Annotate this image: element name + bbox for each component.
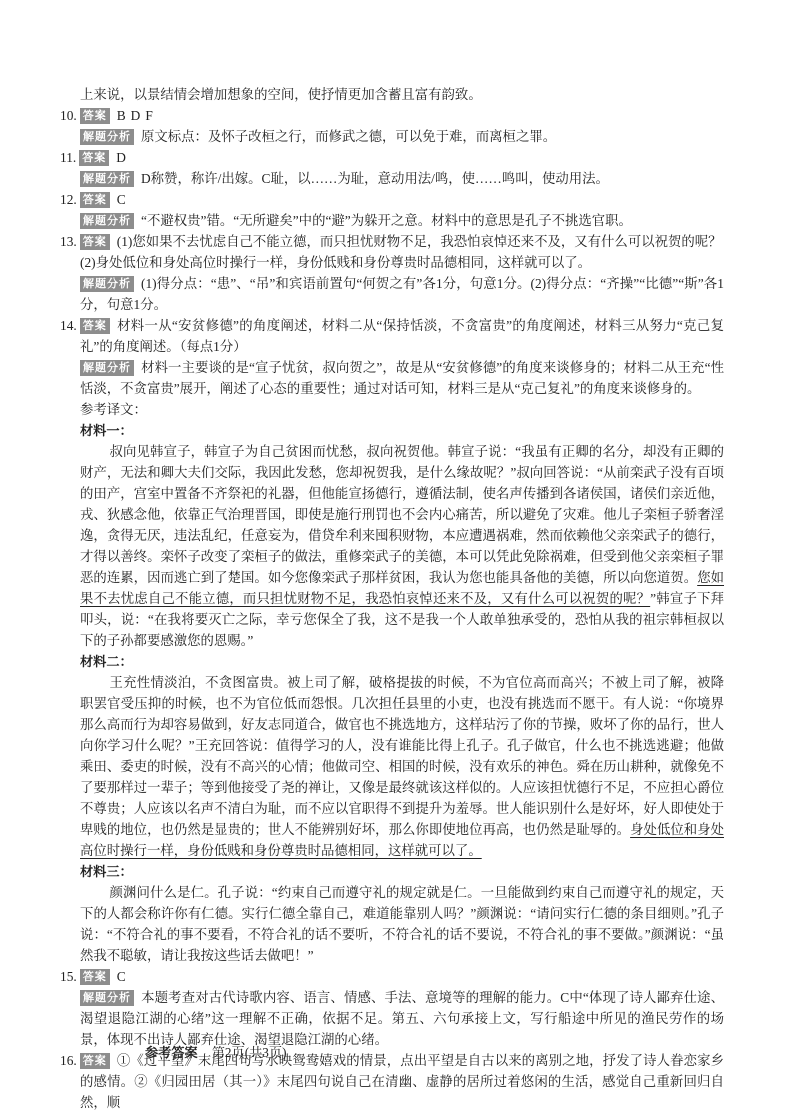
q13-number: 13. [60, 234, 77, 249]
q12-analysis-line: 解题分析“不避权贵”错。“无所避矣”中的“避”为躲开之意。材料中的意思是孔子不挑… [80, 210, 724, 231]
q11-analysis-line: 解题分析D称赞，称许/出嫁。C耻，以……为耻，意动用法/鸣，使……鸣叫，使动用法… [80, 168, 724, 189]
page-content: 上来说，以景结情会增加想象的空间，使抒情更加含蓄且富有韵致。 10.答案BDF … [80, 84, 724, 1113]
question-13: 13.答案(1)您如果不去忧虑自己不能立德，而只担忧财物不足，我恐怕哀悼还来不及… [80, 231, 724, 315]
q16-number: 16. [60, 1053, 77, 1068]
answer-badge: 答案 [80, 318, 110, 334]
q14-analysis-text: 材料一主要谈的是“宣子忧贫，叔向贺之”，故是从“安贫修德”的角度来谈修身的；材料… [80, 360, 724, 396]
q10-answer-line: 10.答案BDF [80, 105, 724, 126]
q12-analysis-text: “不避权贵”错。“无所避矣”中的“避”为躲开之意。材料中的意思是孔子不挑选官职。 [141, 213, 632, 228]
question-14: 14.答案材料一从“安贫修德”的角度阐述，材料二从“保持恬淡，不贪富贵”的角度阐… [80, 315, 724, 399]
analysis-badge: 解题分析 [80, 171, 134, 187]
q12-number: 12. [60, 192, 77, 207]
material-3-text: 颜渊问什么是仁。孔子说：“约束自己而遵守礼的规定就是仁。一旦能做到约束自己而遵守… [80, 882, 724, 966]
analysis-badge: 解题分析 [80, 990, 134, 1006]
q15-answer: C [117, 969, 131, 984]
analysis-badge: 解题分析 [80, 129, 134, 145]
q14-answer-line: 14.答案材料一从“安贫修德”的角度阐述，材料二从“保持恬淡，不贪富贵”的角度阐… [80, 315, 724, 357]
answer-badge: 答案 [79, 150, 109, 166]
q13-answer-line-1: 13.答案(1)您如果不去忧虑自己不能立德，而只担忧财物不足，我恐怕哀悼还来不及… [80, 231, 724, 252]
q14-answer-text: 材料一从“安贫修德”的角度阐述，材料二从“保持恬淡，不贪富贵”的角度阐述，材料三… [80, 318, 724, 354]
q15-analysis-line: 解题分析本题考查对古代诗歌内容、语言、情感、手法、意境等的理解的能力。C中“体现… [80, 987, 724, 1050]
material-1-text: 叔向见韩宣子，韩宣子为自己贫困而忧愁，叔向祝贺他。韩宣子说：“我虽有正卿的名分，… [80, 441, 724, 651]
q13-answer-part1: (1)您如果不去忧虑自己不能立德，而只担忧财物不足，我恐怕哀悼还来不及，又有什么… [117, 234, 722, 249]
q10-answer: BDF [117, 108, 158, 123]
question-10: 10.答案BDF 解题分析原文标点：及怀子改桓之行，而修武之德，可以免于难，而离… [80, 105, 724, 147]
material-2-title: 材料二： [80, 651, 724, 672]
q16-answer-text: ①《过平望》末尾四句写水映鸳鸯嬉戏的情景，点出平望是自古以来的离别之地，抒发了诗… [80, 1053, 724, 1110]
q11-number: 11. [60, 150, 76, 165]
analysis-badge: 解题分析 [80, 360, 134, 376]
intro-continuation-line: 上来说，以景结情会增加想象的空间，使抒情更加含蓄且富有韵致。 [80, 84, 724, 105]
q13-answer-part2: (2)身处低位和身处高位时操行一样，身份低贱和身份尊贵时品德相同，这样就可以了。 [80, 255, 591, 270]
q13-analysis-text: (1)得分点：“患”、“吊”和宾语前置句“何贺之有”各1分，句意1分。(2)得分… [80, 276, 724, 312]
q12-answer: C [117, 192, 131, 207]
analysis-badge: 解题分析 [80, 213, 134, 229]
material-3-title: 材料三： [80, 861, 724, 882]
answer-key-page: 上来说，以景结情会增加想象的空间，使抒情更加含蓄且富有韵致。 10.答案BDF … [0, 0, 800, 1114]
translation-heading: 参考译文： [80, 399, 724, 420]
q15-number: 15. [60, 969, 77, 984]
q11-answer-line: 11.答案D [80, 147, 724, 168]
answer-badge: 答案 [80, 192, 110, 208]
page-footer: 参考答案第2页(共3页) [145, 1042, 286, 1061]
q10-analysis-line: 解题分析原文标点：及怀子改桓之行，而修武之德，可以免于难，而离桓之罪。 [80, 126, 724, 147]
footer-title: 参考答案 [145, 1045, 198, 1060]
q13-answer-line-2: (2)身处低位和身处高位时操行一样，身份低贱和身份尊贵时品德相同，这样就可以了。 [80, 252, 724, 273]
material-1-title: 材料一： [80, 420, 724, 441]
q14-analysis-line: 解题分析材料一主要谈的是“宣子忧贫，叔向贺之”，故是从“安贫修德”的角度来谈修身… [80, 357, 724, 399]
question-11: 11.答案D 解题分析D称赞，称许/出嫁。C耻，以……为耻，意动用法/鸣，使……… [80, 147, 724, 189]
footer-page-number: 第2页(共3页) [212, 1045, 287, 1060]
q11-analysis-text: D称赞，称许/出嫁。C耻，以……为耻，意动用法/鸣，使……鸣叫，使动用法。 [141, 171, 609, 186]
q15-analysis-text: 本题考查对古代诗歌内容、语言、情感、手法、意境等的理解的能力。C中“体现了诗人鄙… [80, 990, 724, 1047]
answer-badge: 答案 [80, 108, 110, 124]
m1-pre: 叔向见韩宣子，韩宣子为自己贫困而忧愁，叔向祝贺他。韩宣子说：“我虽有正卿的名分，… [80, 444, 724, 585]
q11-answer: D [116, 150, 131, 165]
answer-badge: 答案 [80, 234, 110, 250]
reference-translation-section: 参考译文： 材料一： 叔向见韩宣子，韩宣子为自己贫困而忧愁，叔向祝贺他。韩宣子说… [80, 399, 724, 966]
q10-number: 10. [60, 108, 77, 123]
analysis-badge: 解题分析 [80, 276, 134, 292]
question-15: 15.答案C 解题分析本题考查对古代诗歌内容、语言、情感、手法、意境等的理解的能… [80, 966, 724, 1050]
q12-answer-line: 12.答案C [80, 189, 724, 210]
answer-badge: 答案 [80, 969, 110, 985]
q15-answer-line: 15.答案C [80, 966, 724, 987]
q10-analysis-text: 原文标点：及怀子改桓之行，而修武之德，可以免于难，而离桓之罪。 [141, 129, 556, 144]
m2-pre: 王充性情淡泊，不贪图富贵。被上司了解，破格提拔的时候，不为官位高而高兴；不被上司… [80, 675, 724, 837]
answer-badge: 答案 [80, 1053, 110, 1069]
question-12: 12.答案C 解题分析“不避权贵”错。“无所避矣”中的“避”为躲开之意。材料中的… [80, 189, 724, 231]
q14-number: 14. [60, 318, 77, 333]
q13-analysis-line: 解题分析(1)得分点：“患”、“吊”和宾语前置句“何贺之有”各1分，句意1分。(… [80, 273, 724, 315]
material-2-text: 王充性情淡泊，不贪图富贵。被上司了解，破格提拔的时候，不为官位高而高兴；不被上司… [80, 672, 724, 861]
